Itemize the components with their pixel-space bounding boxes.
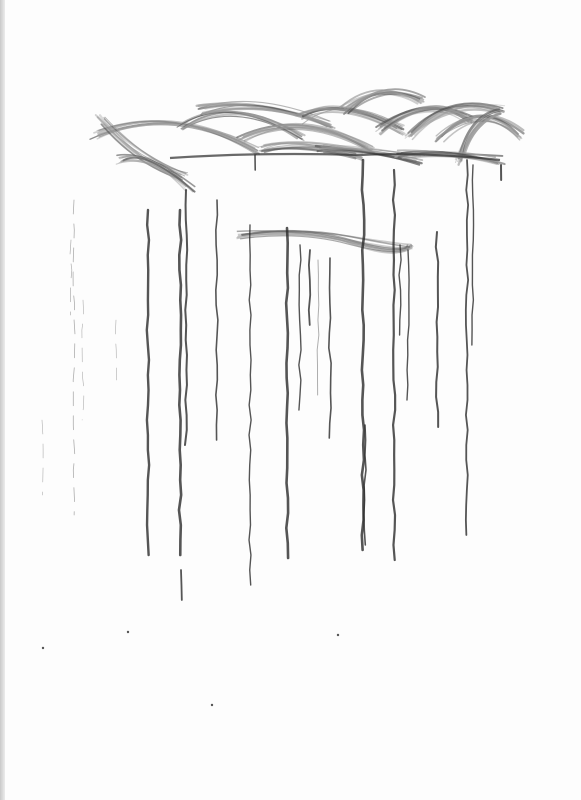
dripping-lines xyxy=(42,155,501,600)
scanned-paper: Charcoal sketch of dense cloud-like scri… xyxy=(0,0,581,800)
cloud-scribbles xyxy=(90,89,523,192)
charcoal-drawing xyxy=(0,0,581,800)
middle-scribble-band xyxy=(236,231,412,253)
charcoal-specks xyxy=(42,631,339,706)
